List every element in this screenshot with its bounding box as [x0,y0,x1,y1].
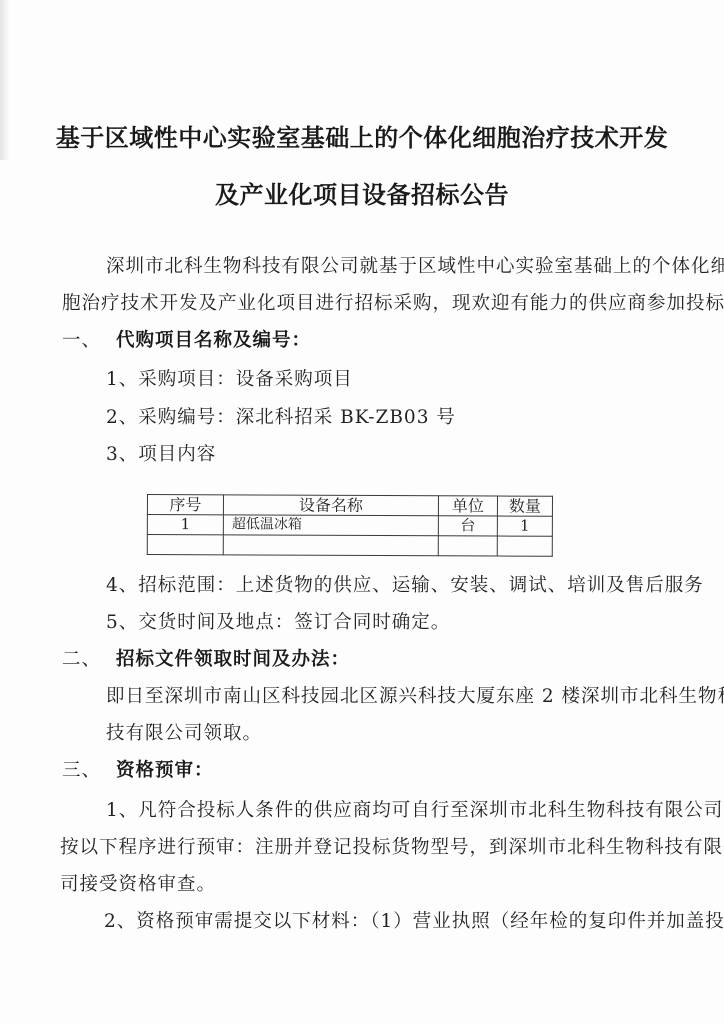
table-header-name: 设备名称 [223,495,438,516]
table-row [147,535,552,557]
section-1-item-5: 5、交货时间及地点：签订合同时确定。 [106,608,450,634]
intro-paragraph-line-1: 深圳市北科生物科技有限公司就基于区域性中心实验室基础上的个体化细 [106,252,724,278]
table-cell-index [147,535,223,555]
section-3-number: 三、 [62,756,116,782]
equipment-table: 序号 设备名称 单位 数量 1 超低温冰箱 台 1 [147,494,553,557]
table-cell-unit [438,536,497,556]
section-1-heading-text: 代购项目名称及编号： [116,330,311,351]
section-2-number: 二、 [62,645,116,671]
section-1-item-2: 2、采购编号：深北科招采 BK-ZB03 号 [106,403,456,429]
document-title-line-2: 及产业化项目设备招标公告 [0,175,724,210]
table-row: 1 超低温冰箱 台 1 [147,515,552,537]
table-cell-index: 1 [147,515,223,535]
document-title-line-1: 基于区域性中心实验室基础上的个体化细胞治疗技术开发 [0,118,724,153]
section-3-heading-text: 资格预审： [116,760,214,781]
section-2-line-1: 即日至深圳市南山区科技园北区源兴科技大厦东座 2 楼深圳市北科生物科 [106,682,724,708]
table-header-quantity: 数量 [497,496,552,516]
table-cell-unit: 台 [438,516,497,536]
table-header-row: 序号 设备名称 单位 数量 [147,495,552,517]
table-header-index: 序号 [147,495,223,515]
section-1-item-4: 4、招标范围：上述货物的供应、运输、安装、调试、培训及售后服务 [106,571,704,597]
section-1-number: 一、 [62,326,116,352]
section-3-heading: 三、资格预审： [62,756,214,782]
section-3-line-1: 1、凡符合投标人条件的供应商均可自行至深圳市北科生物科技有限公司， [106,796,724,822]
section-3-line-3: 司接受资格审查。 [60,870,216,896]
section-2-heading: 二、招标文件领取时间及办法： [62,645,350,671]
table-cell-quantity [497,536,552,556]
table-cell-name [223,535,438,556]
table-cell-name: 超低温冰箱 [223,515,438,536]
intro-paragraph-line-2: 胞治疗技术开发及产业化项目进行招标采购，现欢迎有能力的供应商参加投标。 [62,289,724,315]
table-header-unit: 单位 [438,496,497,516]
section-1-item-3: 3、项目内容 [106,440,216,466]
section-3-line-2: 按以下程序进行预审：注册并登记投标货物型号，到深圳市北科生物科技有限公 [60,833,724,859]
section-2-line-2: 技有限公司领取。 [106,719,262,745]
section-3-line-4: 2、资格预审需提交以下材料：（1）营业执照（经年检的复印件并加盖投标 [104,907,724,933]
section-1-heading: 一、代购项目名称及编号： [62,326,311,352]
section-2-heading-text: 招标文件领取时间及办法： [116,649,350,670]
section-1-item-1: 1、采购项目：设备采购项目 [106,365,353,391]
table-cell-quantity: 1 [497,516,552,536]
